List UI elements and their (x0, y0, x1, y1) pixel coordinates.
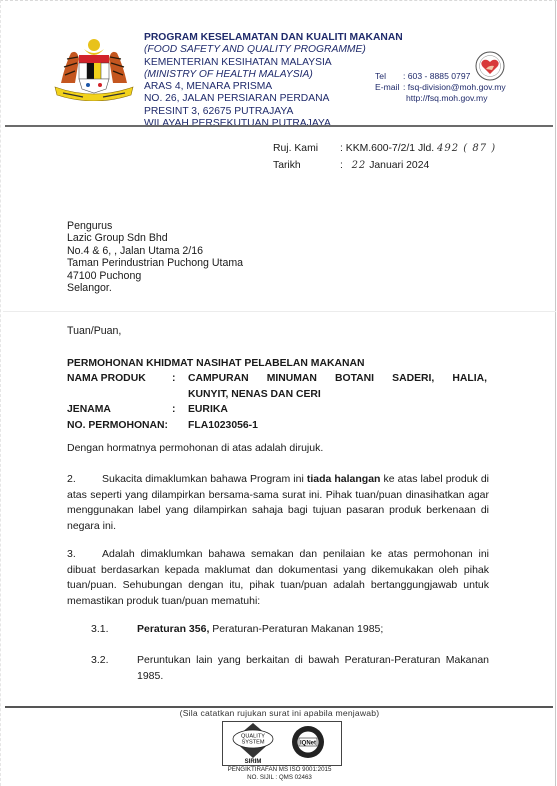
org-address-2: NO. 26, JALAN PERSIARAN PERDANA (144, 93, 403, 105)
brand-colon: : (172, 402, 188, 417)
para2-text-a: Sukacita dimaklumkan bahawa Program ini (102, 473, 307, 485)
coat-of-arms-icon (51, 35, 137, 101)
date-label: Tarikh (273, 157, 340, 174)
opening-paragraph: Dengan hormatnya permohonan di atas adal… (67, 441, 489, 457)
para3-number: 3. (67, 547, 102, 563)
paragraph-2: 2.Sukacita dimaklumkan bahawa Program in… (67, 472, 489, 534)
salutation: Tuan/Puan, (67, 325, 121, 337)
list-item: 3.1. Peraturan 356, Peraturan-Peraturan … (91, 622, 489, 638)
org-address-1: ARAS 4, MENARA PRISMA (144, 81, 403, 93)
email-link[interactable]: : fsq-division@moh.gov.my (403, 82, 506, 92)
tel-value: : 603 - 8885 0797 (403, 71, 470, 81)
header-divider (5, 125, 553, 127)
subject-product-row-2: KUNYIT, NENAS DAN CERI (67, 387, 487, 402)
list-item: 3.2. Peruntukan lain yang berkaitan di b… (91, 653, 489, 684)
ref-label: Ruj. Kami (273, 140, 340, 157)
subject-title: PERMOHONAN KHIDMAT NASIHAT PELABELAN MAK… (67, 356, 487, 371)
recipient-company: Lazic Group Sdn Bhd (67, 232, 243, 244)
letterhead-contact: Tel: 603 - 8885 0797 E-mail: fsq-divisio… (375, 71, 506, 103)
iqnet-logo-icon: IQNet (292, 726, 324, 758)
para3-text: Adalah dimaklumkan bahawa semakan dan pe… (67, 548, 489, 607)
svg-text:IQNet: IQNet (300, 741, 316, 747)
letterhead-organization: PROGRAM KESELAMATAN DAN KUALITI MAKANAN … (144, 32, 403, 130)
item-number: 3.2. (91, 653, 137, 684)
org-address-3: PRESINT 3, 62675 PUTRAJAYA (144, 106, 403, 118)
recipient-postcode: 47100 Puchong (67, 270, 243, 282)
paragraph-3: 3.Adalah dimaklumkan bahawa semakan dan … (67, 547, 489, 609)
ref-handwritten: 492 ( 87 ) (437, 143, 496, 154)
product-colon: : (172, 371, 188, 386)
svg-text:SYSTEM: SYSTEM (241, 740, 264, 746)
application-label: NO. PERMOHONAN: (67, 418, 188, 433)
subject-brand-row: JENAMA : EURIKA (67, 402, 487, 417)
subject-block: PERMOHONAN KHIDMAT NASIHAT PELABELAN MAK… (67, 356, 487, 433)
item-text: Peraturan-Peraturan Makanan 1985; (209, 623, 383, 635)
brand-value: EURIKA (188, 402, 487, 417)
website-link[interactable]: http://fsq.moh.gov.my (375, 93, 506, 104)
org-ministry-en: (MINISTRY OF HEALTH MALAYSIA) (144, 69, 403, 81)
cert-line-2: NO. SIJIL : QMS 02463 (1, 774, 557, 782)
footer-note: (Sila catatkan rujukan surat ini apabila… (1, 708, 557, 718)
date-value: Januari 2024 (369, 160, 429, 171)
item-text: Peruntukan lain yang berkaitan di bawah … (137, 653, 489, 684)
date-handwritten-day: 22 (352, 160, 367, 171)
product-label: NAMA PRODUK (67, 371, 172, 386)
ref-value: : KKM.600-7/2/1 Jld. (340, 143, 434, 154)
cert-line-1: PENGIKTIRAFAN MS ISO 9001:2015 (1, 766, 557, 774)
date-colon: : (340, 160, 343, 171)
recipient-state: Selangor. (67, 282, 243, 294)
org-ministry: KEMENTERIAN KESIHATAN MALAYSIA (144, 57, 403, 69)
recipient-area: Taman Perindustrian Puchong Utama (67, 257, 243, 269)
quality-system-logo-icon: QUALITY SYSTEM SIRIM IQNet (223, 722, 341, 765)
fold-line (3, 311, 556, 312)
tel-label: Tel (375, 71, 403, 82)
application-number: FLA1023056-1 (188, 418, 487, 433)
org-program-name: PROGRAM KESELAMATAN DAN KUALITI MAKANAN (144, 32, 403, 44)
product-value: CAMPURAN MINUMAN BOTANI SADERI, HALIA, (188, 371, 487, 386)
product-value-line1: CAMPURAN MINUMAN BOTANI SADERI, HALIA, (188, 373, 487, 384)
item-bold: Peraturan 356, (137, 623, 209, 635)
recipient-street: No.4 & 6, , Jalan Utama 2/16 (67, 245, 243, 257)
recipient-title: Pengurus (67, 220, 243, 232)
certification-logos: QUALITY SYSTEM SIRIM IQNet (222, 721, 342, 766)
letter-page: PROGRAM KESELAMATAN DAN KUALITI MAKANAN … (0, 0, 557, 786)
recipient-address: Pengurus Lazic Group Sdn Bhd No.4 & 6, ,… (67, 220, 243, 294)
certification-text: PENGIKTIRAFAN MS ISO 9001:2015 NO. SIJIL… (1, 766, 557, 782)
subject-product-row: NAMA PRODUK : CAMPURAN MINUMAN BOTANI SA… (67, 371, 487, 386)
page-edge (555, 1, 556, 786)
reference-block: Ruj. Kami: KKM.600-7/2/1 Jld. 492 ( 87 )… (273, 140, 496, 174)
para2-bold: tiada halangan (307, 473, 381, 485)
product-value-line2: KUNYIT, NENAS DAN CERI (188, 387, 487, 402)
item-number: 3.1. (91, 622, 137, 638)
org-program-name-en: (FOOD SAFETY AND QUALITY PROGRAMME) (144, 44, 403, 56)
svg-text:SIRIM: SIRIM (245, 759, 262, 765)
subject-application-row: NO. PERMOHONAN: FLA1023056-1 (67, 418, 487, 433)
brand-label: JENAMA (67, 402, 172, 417)
para2-number: 2. (67, 472, 102, 488)
email-label: E-mail (375, 82, 403, 93)
